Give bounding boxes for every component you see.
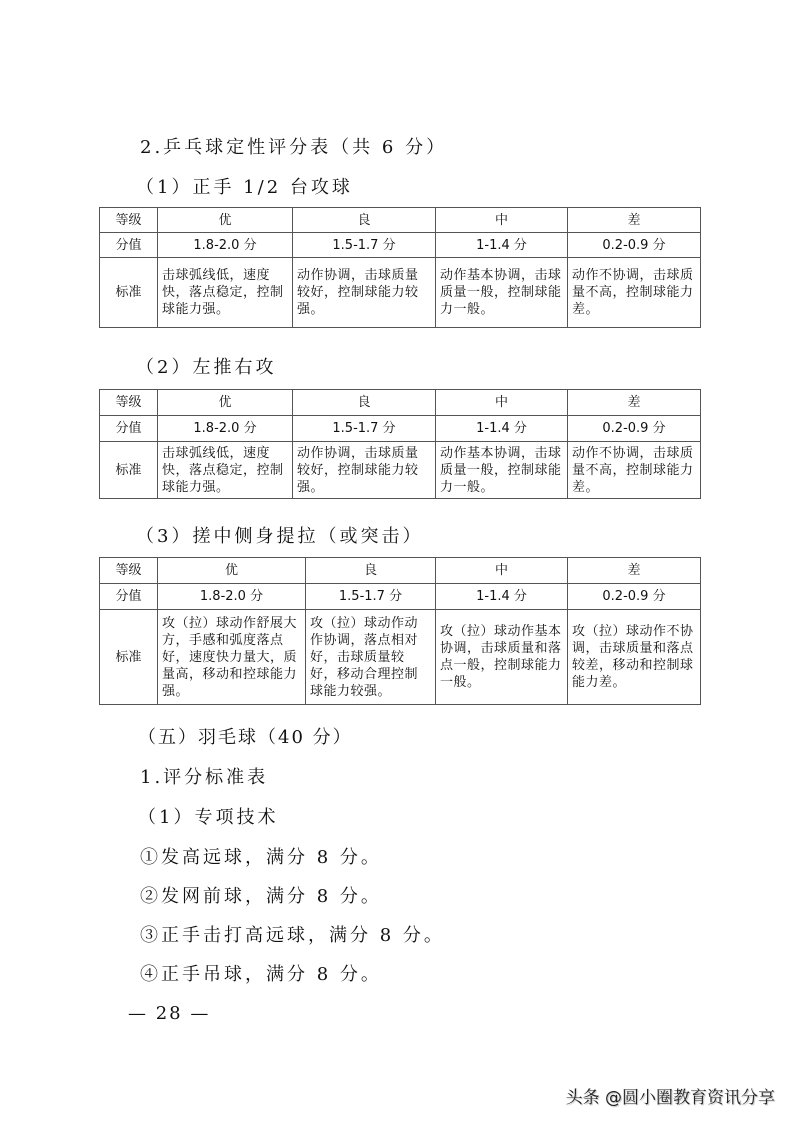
header-cell: 中: [436, 208, 568, 233]
score-cell: 1-1.4 分: [436, 416, 568, 442]
badminton-sub2: （1）专项技术: [138, 803, 278, 829]
table-1: 等级 优 良 中 差 分值 1.8-2.0 分 1.5-1.7 分 1-1.4 …: [99, 207, 701, 328]
list-item: ③正手击打高远球，满分 8 分。: [140, 921, 445, 947]
table-2-title: （2）左推右攻: [136, 353, 276, 379]
score-cell: 1.5-1.7 分: [293, 233, 436, 258]
criteria-label: 标准: [100, 442, 158, 499]
badminton-sub1: 1.评分标准表: [140, 763, 268, 789]
criteria-cell: 攻（拉）球动作不协调，击球质量和落点较差，移动和控制球能力差。: [568, 610, 701, 705]
criteria-cell: 动作不协调，击球质量不高，控制球能力差。: [568, 442, 701, 499]
header-cell: 中: [436, 390, 568, 416]
score-label: 分值: [100, 584, 158, 610]
list-item: ④正手吊球，满分 8 分。: [140, 960, 382, 986]
page-number: — 28 —: [128, 1003, 210, 1024]
score-cell: 1.8-2.0 分: [158, 416, 293, 442]
criteria-cell: 攻（拉）球动作舒展大方，手感和弧度落点好，速度快力量大，质量高，移动和控球能力强…: [158, 610, 306, 705]
score-cell: 1.5-1.7 分: [306, 584, 436, 610]
header-cell: 差: [568, 208, 701, 233]
score-cell: 1-1.4 分: [436, 233, 568, 258]
table-2: 等级 优 良 中 差 分值 1.8-2.0 分 1.5-1.7 分 1-1.4 …: [99, 389, 701, 499]
criteria-cell: 击球弧线低，速度快，落点稳定，控制球能力强。: [158, 442, 293, 499]
score-cell: 1.8-2.0 分: [158, 233, 293, 258]
table-3-title: （3）搓中侧身提拉（或突击）: [136, 522, 423, 548]
list-item: ①发高远球，满分 8 分。: [140, 843, 382, 869]
header-cell: 差: [568, 390, 701, 416]
header-cell: 等级: [100, 558, 158, 584]
header-cell: 优: [158, 390, 293, 416]
criteria-cell: 动作协调，击球质量较好，控制球能力较强。: [293, 442, 436, 499]
score-cell: 1.5-1.7 分: [293, 416, 436, 442]
score-cell: 1-1.4 分: [436, 584, 568, 610]
header-cell: 良: [306, 558, 436, 584]
section-title: 2.乒乓球定性评分表（共 6 分）: [140, 133, 447, 159]
header-cell: 优: [158, 208, 293, 233]
criteria-cell: 动作基本协调，击球质量一般，控制球能力一般。: [436, 258, 568, 328]
watermark: 头条 @圆小圈教育资讯分享: [566, 1083, 775, 1108]
score-cell: 1.8-2.0 分: [158, 584, 306, 610]
list-item: ②发网前球，满分 8 分。: [140, 882, 382, 908]
criteria-cell: 击球弧线低，速度快，落点稳定，控制球能力强。: [158, 258, 293, 328]
table-3: 等级 优 良 中 差 分值 1.8-2.0 分 1.5-1.7 分 1-1.4 …: [99, 557, 701, 705]
badminton-heading: （五）羽毛球（40 分）: [138, 723, 353, 749]
score-cell: 0.2-0.9 分: [568, 584, 701, 610]
table-1-title: （1）正手 1/2 台攻球: [136, 173, 353, 199]
header-cell: 等级: [100, 208, 158, 233]
header-cell: 中: [436, 558, 568, 584]
criteria-cell: 攻（拉）球动作基本协调，击球质量和落点一般，控制球能力一般。: [436, 610, 568, 705]
score-label: 分值: [100, 233, 158, 258]
score-label: 分值: [100, 416, 158, 442]
header-cell: 优: [158, 558, 306, 584]
criteria-cell: 动作基本协调，击球质量一般，控制球能力一般。: [436, 442, 568, 499]
criteria-label: 标准: [100, 258, 158, 328]
criteria-cell: 动作不协调，击球质量不高，控制球能力差。: [568, 258, 701, 328]
header-cell: 等级: [100, 390, 158, 416]
score-cell: 0.2-0.9 分: [568, 416, 701, 442]
score-cell: 0.2-0.9 分: [568, 233, 701, 258]
header-cell: 良: [293, 390, 436, 416]
criteria-cell: 攻（拉）球动作动作协调，落点相对好，击球质量较好，移动合理控制球能力较强。: [306, 610, 436, 705]
header-cell: 差: [568, 558, 701, 584]
criteria-label: 标准: [100, 610, 158, 705]
criteria-cell: 动作协调，击球质量较好，控制球能力较强。: [293, 258, 436, 328]
header-cell: 良: [293, 208, 436, 233]
